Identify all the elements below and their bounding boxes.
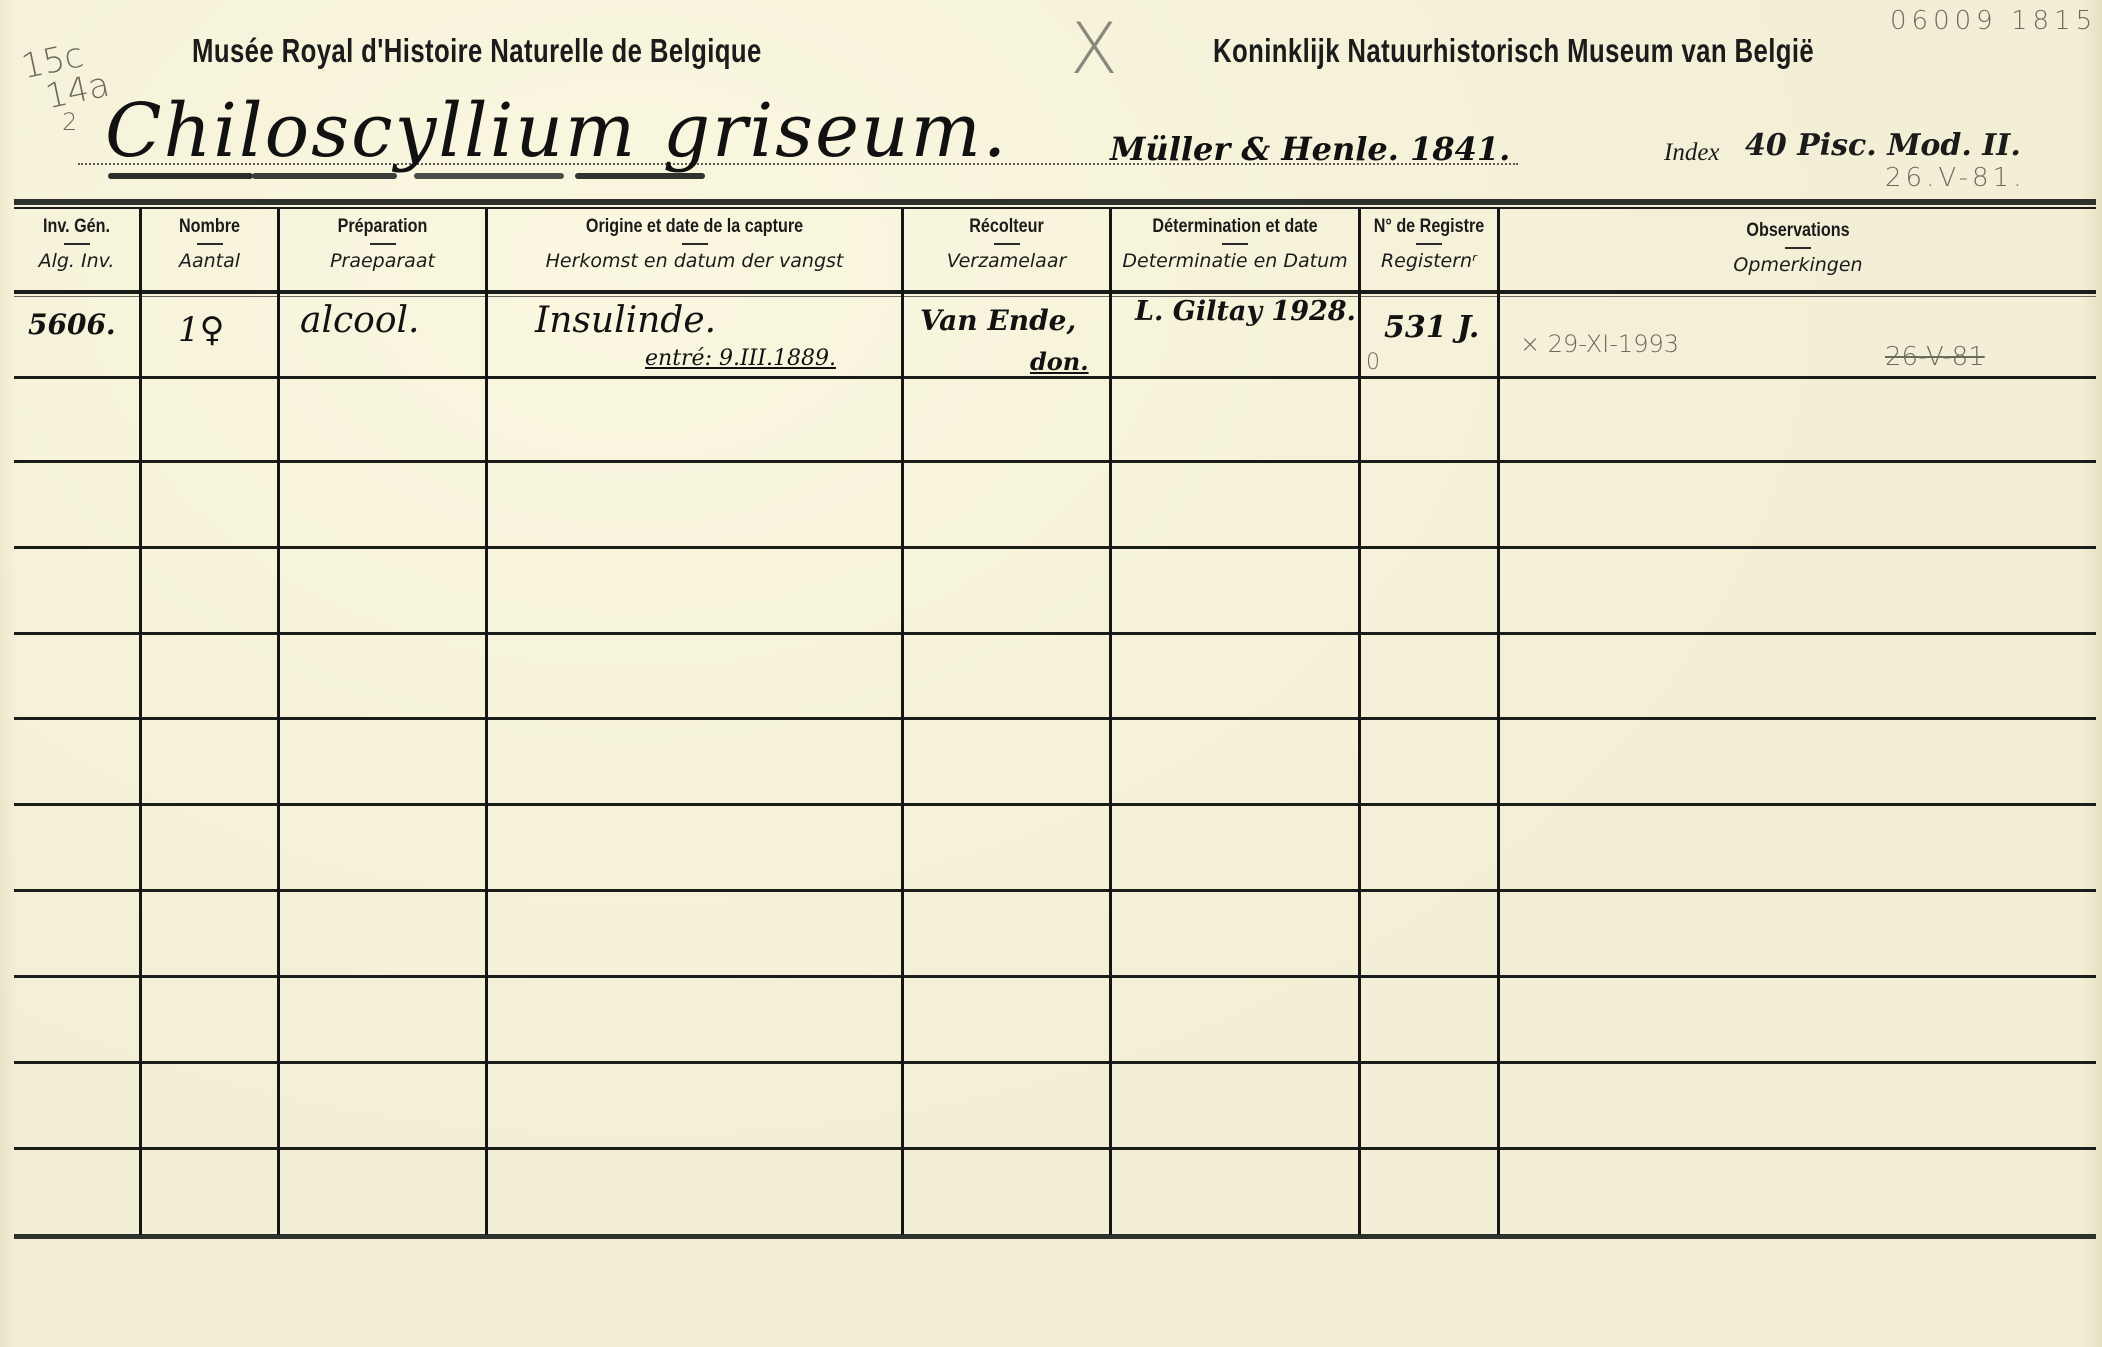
column-header-nl: Alg. Inv. [14,250,139,272]
header-top-thin-rule [14,207,2096,209]
column-divider [277,208,280,1235]
species-name: Chiloscyllium griseum. [105,88,1008,174]
margin-note-3: 2 [62,108,77,136]
cell-preparation: alcool. [300,300,419,341]
header-dash [1222,243,1248,245]
species-author: Müller & Henle. 1841. [1110,130,1510,168]
column-header-nombre: Nombre Aantal [142,214,277,290]
institution-title-fr: Musée Royal d'Histoire Naturelle de Belg… [192,32,762,70]
column-header-observations: Observations Opmerkingen [1500,218,2096,294]
index-value: 40 Pisc. Mod. II. [1745,128,2021,163]
table-bottom-rule [14,1234,2096,1239]
column-divider [1497,208,1500,1235]
column-header-fr: Nombre [152,216,267,238]
row-rule [14,376,2096,379]
column-header-fr: Inv. Gén. [23,216,129,238]
column-header-fr: Observations [1545,220,2052,242]
row-rule [14,975,2096,978]
column-header-recolteur: Récolteur Verzamelaar [904,214,1109,290]
pencil-cross-mark: X [1070,8,1118,90]
cell-origine: Insulinde. [535,300,716,341]
cell-origine-entry: entré: 9.III.1889. [645,346,836,371]
row-rule [14,1147,2096,1150]
column-header-determination: Détermination et date Determinatie en Da… [1112,214,1358,290]
column-header-origine: Origine et date de la capture Herkomst e… [488,214,901,290]
header-dash [64,243,90,245]
header-dash [1785,247,1811,249]
row-rule [14,632,2096,635]
column-header-fr: Récolteur [919,216,1093,238]
row-rule [14,546,2096,549]
column-divider [485,208,488,1235]
cell-nombre: 1♀ [178,310,224,350]
column-header-nl: Aantal [142,250,277,272]
header-bottom-thin-rule [14,296,2096,297]
header-dash [370,243,396,245]
row-rule [14,889,2096,892]
catalog-card: 15c 14a 2 X 06009 1815 Musée Royal d'His… [0,0,2102,1347]
cell-registre: 531 J. [1384,310,1479,345]
column-header-nl: Herkomst en datum der vangst [488,250,901,272]
cell-registre-mark: 0 [1366,350,1380,375]
header-dash [682,243,708,245]
row-rule [14,1061,2096,1064]
column-header-nl: Praeparaat [280,250,485,272]
column-header-fr: N° de Registre [1371,216,1487,238]
column-header-registre: N° de Registre Registernʳ [1361,214,1497,290]
column-header-nl: Determinatie en Datum [1112,250,1358,272]
header-dash [197,243,223,245]
column-header-preparation: Préparation Praeparaat [280,214,485,290]
column-header-nl: Registernʳ [1361,250,1497,272]
cell-determination: L. Giltay 1928. [1135,296,1356,327]
catalog-number: 06009 1815 [1890,6,2097,36]
cell-recolteur: Van Ende, [920,304,1076,337]
cell-observations: × 29-XI-1993 [1520,330,1679,358]
column-header-nl: Opmerkingen [1500,254,2096,276]
index-date: 26.V-81. [1885,163,2025,193]
header-dash [994,243,1020,245]
column-header-nl: Verzamelaar [904,250,1109,272]
header-dash [1416,243,1442,245]
cell-observations-struck: 26-V-81 [1885,342,1985,372]
row-rule [14,803,2096,806]
column-header-fr: Préparation [295,216,469,238]
column-header-fr: Détermination et date [1130,216,1339,238]
index-label: Index [1664,139,1720,167]
header-top-thick-rule [14,199,2096,205]
institution-title-nl: Koninklijk Natuurhistorisch Museum van B… [1213,32,1814,70]
row-rule [14,717,2096,720]
row-rule [14,460,2096,463]
column-divider [1109,208,1112,1235]
column-divider [1358,208,1361,1235]
column-header-fr: Origine et date de la capture [519,216,870,238]
column-divider [139,208,142,1235]
cell-recolteur-note: don. [1030,347,1089,376]
cell-inv: 5606. [28,308,116,341]
column-header-inv: Inv. Gén. Alg. Inv. [14,214,139,290]
column-divider [901,208,904,1235]
